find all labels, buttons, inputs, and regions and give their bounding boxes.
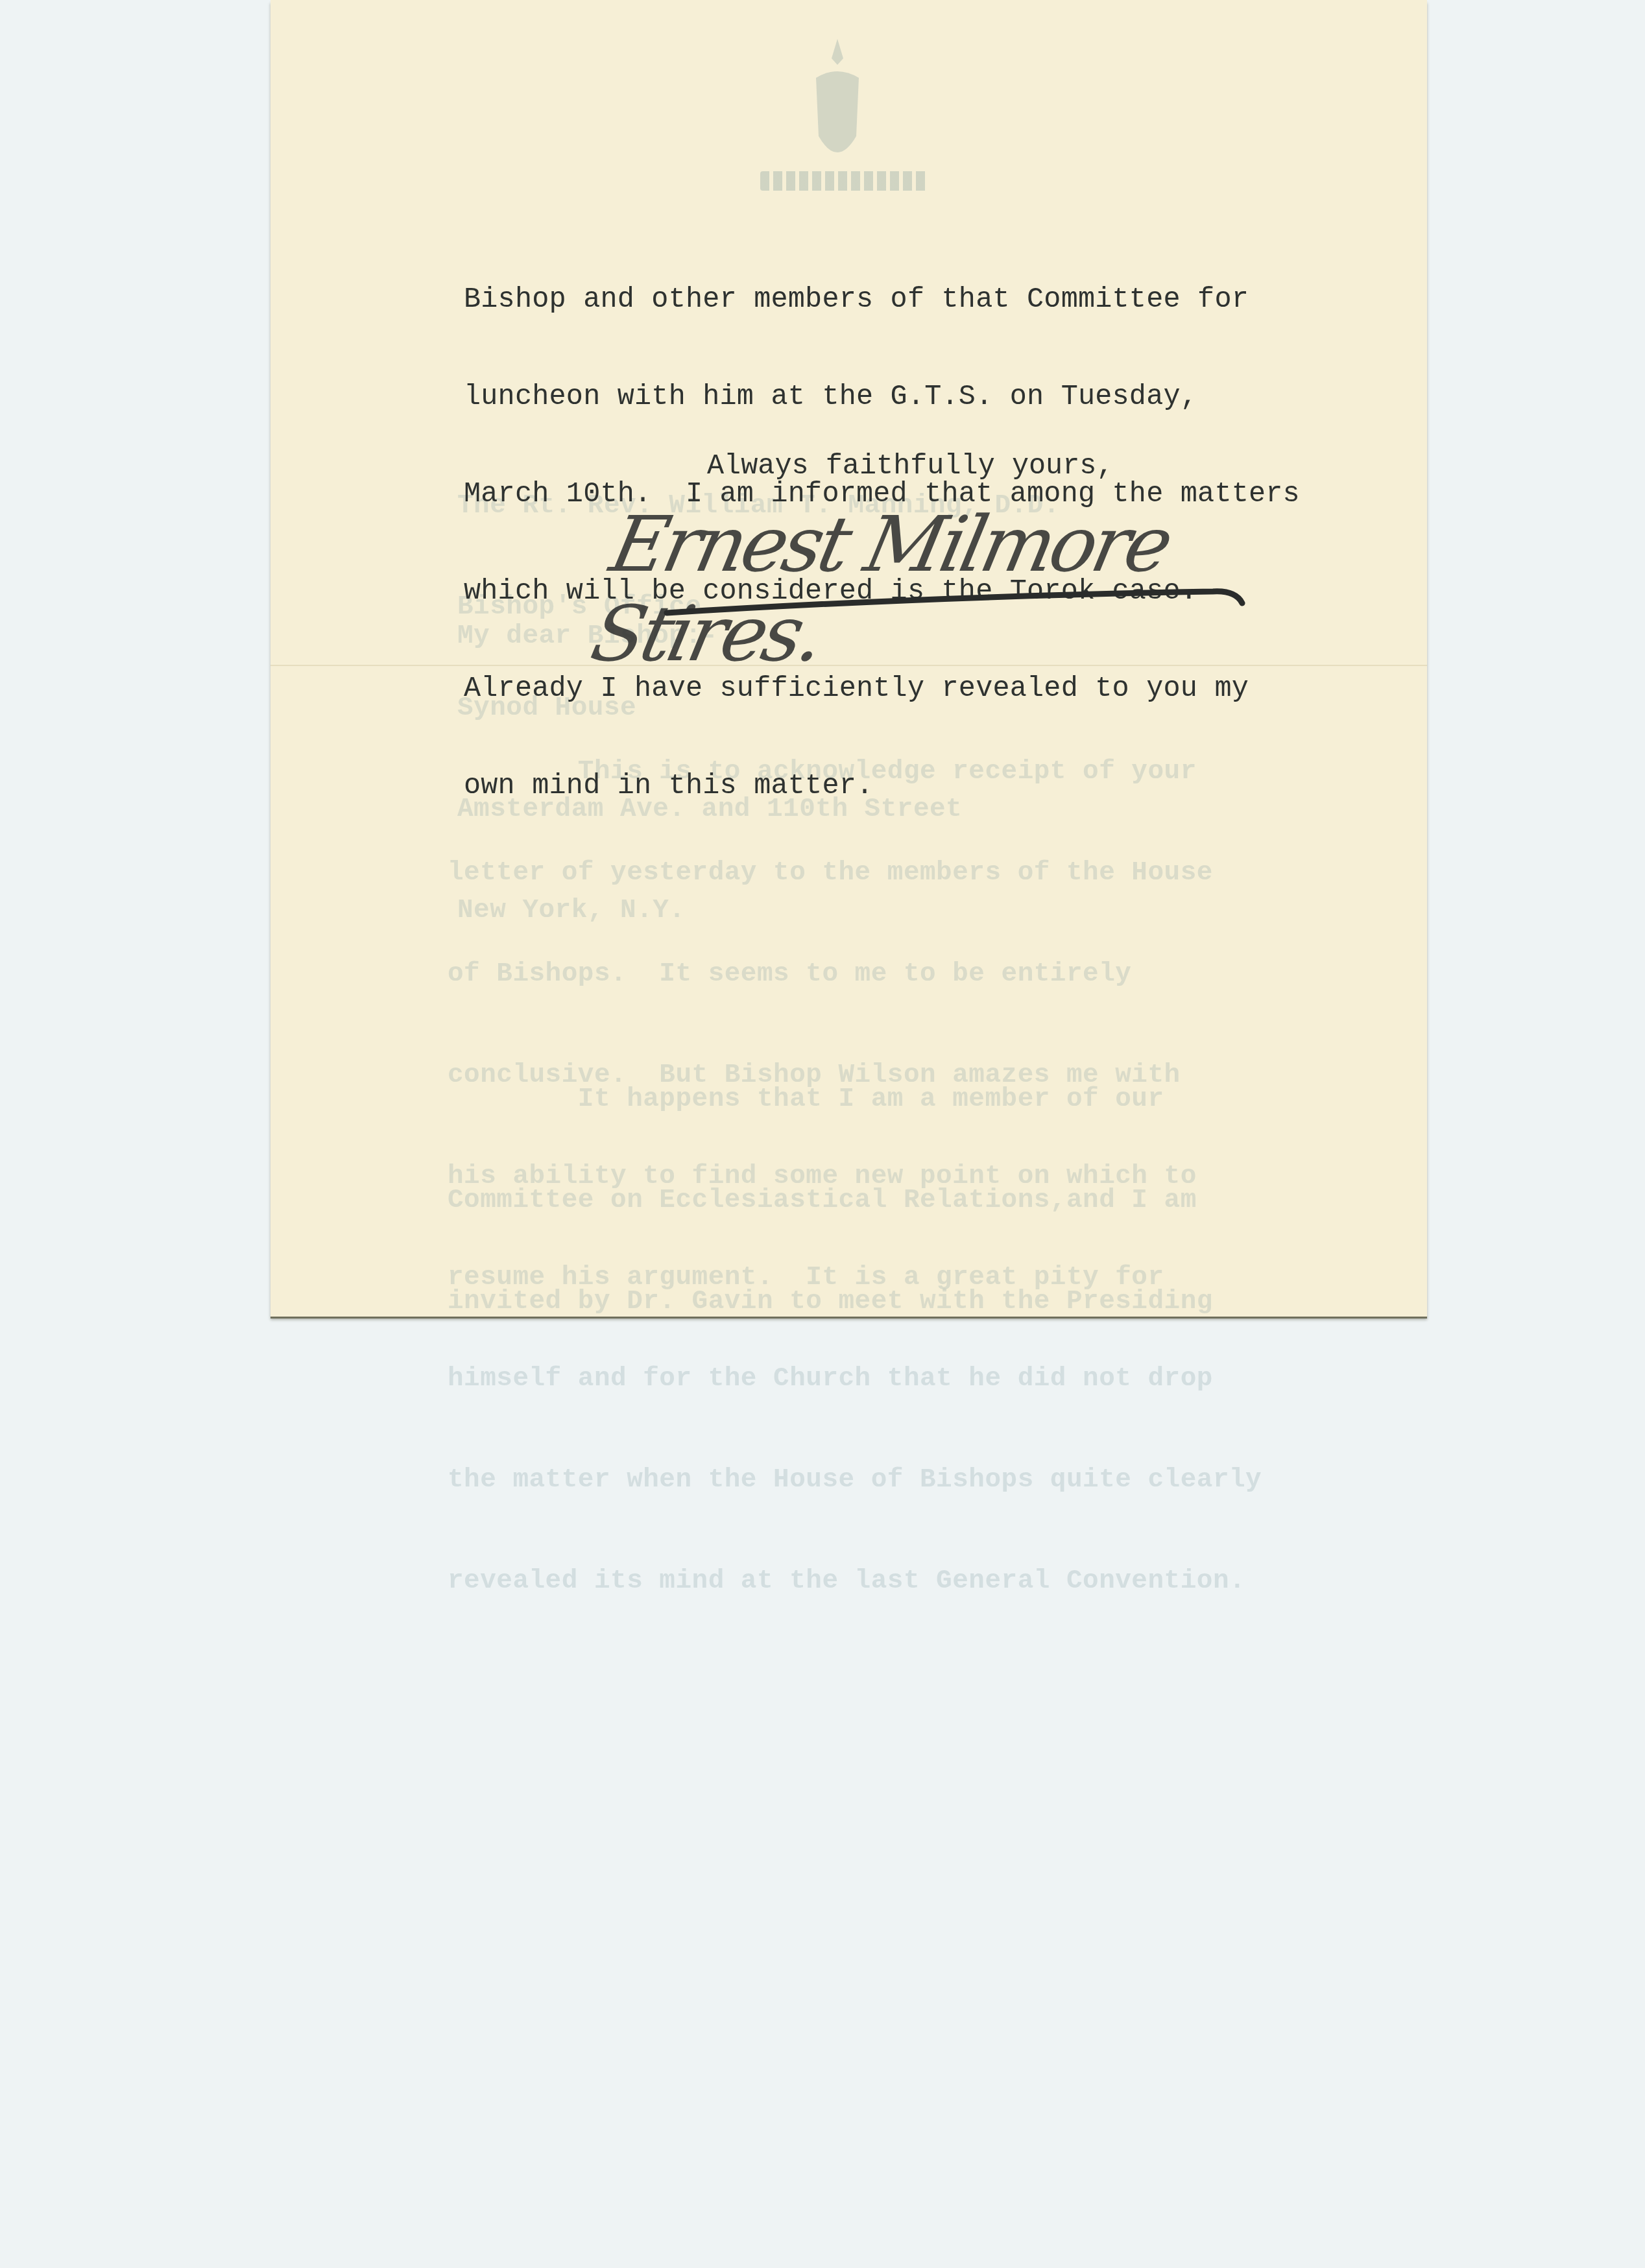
complimentary-close: Always faithfully yours, bbox=[707, 451, 1114, 483]
body-line: Bishop and other members of that Committ… bbox=[464, 284, 1300, 316]
body-line: luncheon with him at the G.T.S. on Tuesd… bbox=[464, 381, 1300, 414]
handwritten-signature: Ernest Milmore Stires. bbox=[597, 499, 1278, 616]
show-through-paragraph-2: It happens that I am a member of our Com… bbox=[448, 1015, 1213, 1352]
crest-icon bbox=[810, 39, 865, 175]
signature-underline-icon bbox=[597, 499, 1278, 616]
crest-banner bbox=[760, 171, 929, 191]
body-line: own mind in this matter. bbox=[464, 770, 1300, 803]
